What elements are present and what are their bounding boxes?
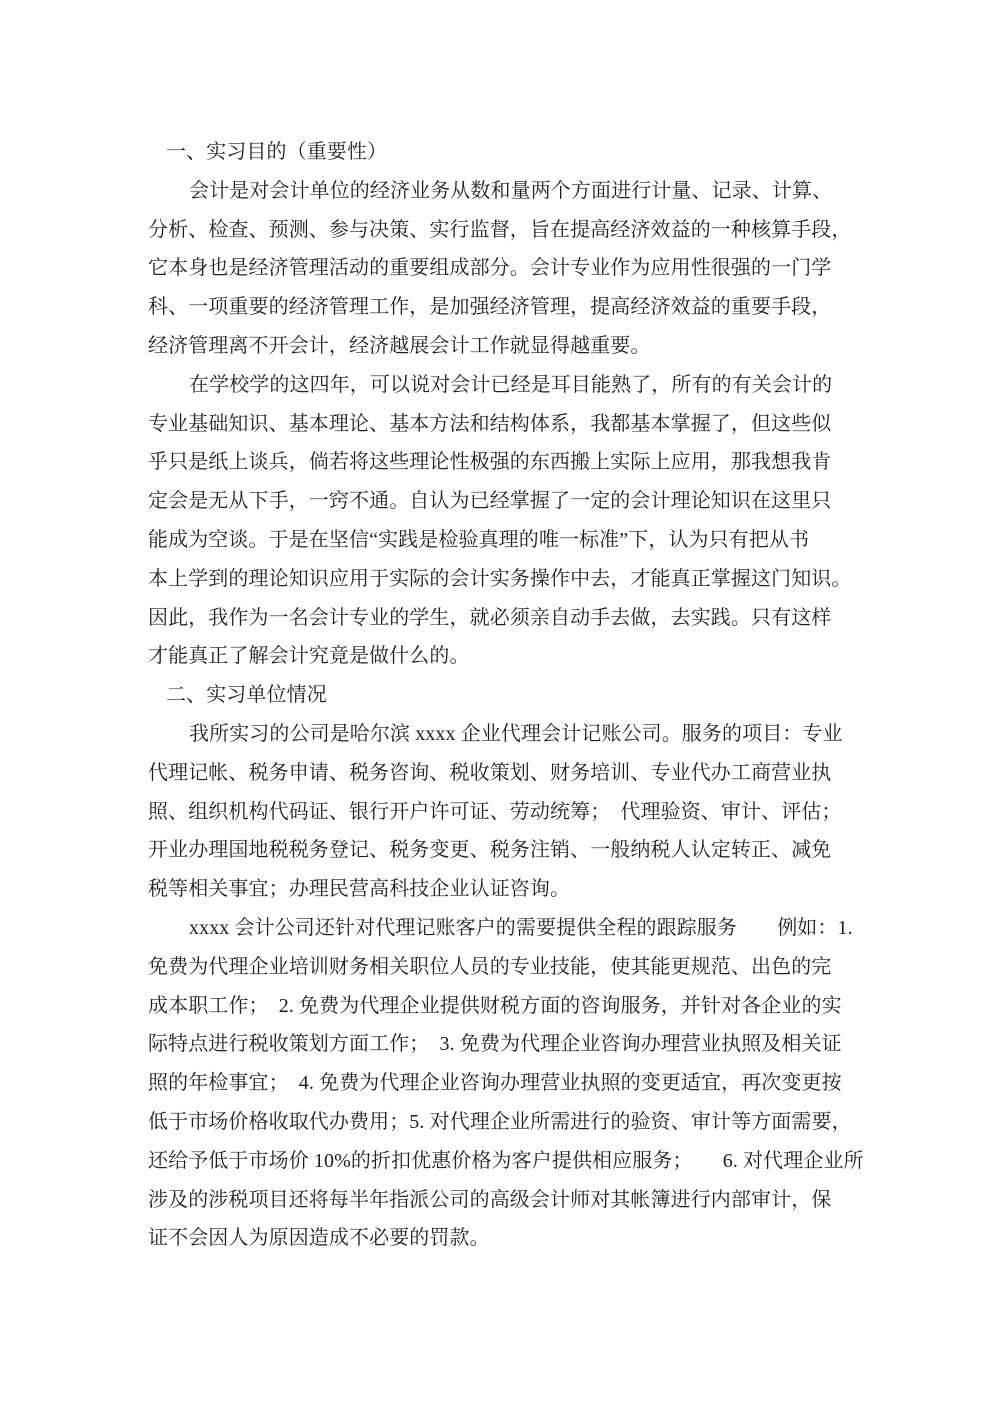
text-line: 税等相关事宜；办理民营高科技企业认证咨询。 bbox=[148, 870, 868, 909]
text-line: 成本职工作； 2. 免费为代理企业提供财税方面的咨询服务，并针对各企业的实 bbox=[148, 987, 868, 1026]
text-line: 经济管理离不开会计，经济越展会计工作就显得越重要。 bbox=[148, 327, 868, 366]
text-line: 本上学到的理论知识应用于实际的会计实务操作中去，才能真正掌握这门知识。 bbox=[148, 560, 868, 599]
text-line: 才能真正了解会计究竟是做什么的。 bbox=[148, 637, 868, 676]
text-line: 照、组织机构代码证、银行开户许可证、劳动统筹； 代理验资、审计、评估； bbox=[148, 793, 868, 832]
text-line: 定会是无从下手，一窍不通。自认为已经掌握了一定的会计理论知识在这里只 bbox=[148, 482, 868, 521]
text-line: 会计是对会计单位的经济业务从数和量两个方面进行计量、记录、计算、 bbox=[148, 172, 868, 211]
document-text-block: 一、实习目的（重要性）会计是对会计单位的经济业务从数和量两个方面进行计量、记录、… bbox=[148, 133, 868, 1258]
text-line: 还给予低于市场价 10%的折扣优惠价格为客户提供相应服务； 6. 对代理企业所 bbox=[148, 1142, 868, 1181]
text-line: 开业办理国地税税务登记、税务变更、税务注销、一般纳税人认定转正、减免 bbox=[148, 831, 868, 870]
document-page: 一、实习目的（重要性）会计是对会计单位的经济业务从数和量两个方面进行计量、记录、… bbox=[0, 0, 993, 1404]
text-line: 免费为代理企业培训财务相关职位人员的专业技能，使其能更规范、出色的完 bbox=[148, 948, 868, 987]
text-line: xxxx 会计公司还针对代理记账客户的需要提供全程的跟踪服务 例如：1. bbox=[148, 909, 868, 948]
text-line: 乎只是纸上谈兵，倘若将这些理论性极强的东西搬上实际上应用，那我想我肯 bbox=[148, 443, 868, 482]
text-line: 能成为空谈。于是在坚信“实践是检验真理的唯一标准”下，认为只有把从书 bbox=[148, 521, 868, 560]
text-line: 科、一项重要的经济管理工作，是加强经济管理，提高经济效益的重要手段， bbox=[148, 288, 868, 327]
text-line: 低于市场价格收取代办费用；5. 对代理企业所需进行的验资、审计等方面需要， bbox=[148, 1103, 868, 1142]
text-line: 际特点进行税收策划方面工作； 3. 免费为代理企业咨询办理营业执照及相关证 bbox=[148, 1025, 868, 1064]
text-line: 二、实习单位情况 bbox=[148, 676, 868, 715]
text-line: 专业基础知识、基本理论、基本方法和结构体系，我都基本掌握了，但这些似 bbox=[148, 405, 868, 444]
text-line: 证不会因人为原因造成不必要的罚款。 bbox=[148, 1219, 868, 1258]
text-line: 代理记帐、税务申请、税务咨询、税收策划、财务培训、专业代办工商营业执 bbox=[148, 754, 868, 793]
text-line: 在学校学的这四年，可以说对会计已经是耳目能熟了，所有的有关会计的 bbox=[148, 366, 868, 405]
text-line: 它本身也是经济管理活动的重要组成部分。会计专业作为应用性很强的一门学 bbox=[148, 249, 868, 288]
text-line: 一、实习目的（重要性） bbox=[148, 133, 868, 172]
text-line: 我所实习的公司是哈尔滨 xxxx 企业代理会计记账公司。服务的项目：专业 bbox=[148, 715, 868, 754]
text-line: 照的年检事宜； 4. 免费为代理企业咨询办理营业执照的变更适宜，再次变更按 bbox=[148, 1064, 868, 1103]
text-line: 因此，我作为一名会计专业的学生，就必须亲自动手去做，去实践。只有这样 bbox=[148, 599, 868, 638]
text-line: 涉及的涉税项目还将每半年指派公司的高级会计师对其帐簿进行内部审计，保 bbox=[148, 1181, 868, 1220]
text-line: 分析、检查、预测、参与决策、实行监督，旨在提高经济效益的一种核算手段， bbox=[148, 211, 868, 250]
